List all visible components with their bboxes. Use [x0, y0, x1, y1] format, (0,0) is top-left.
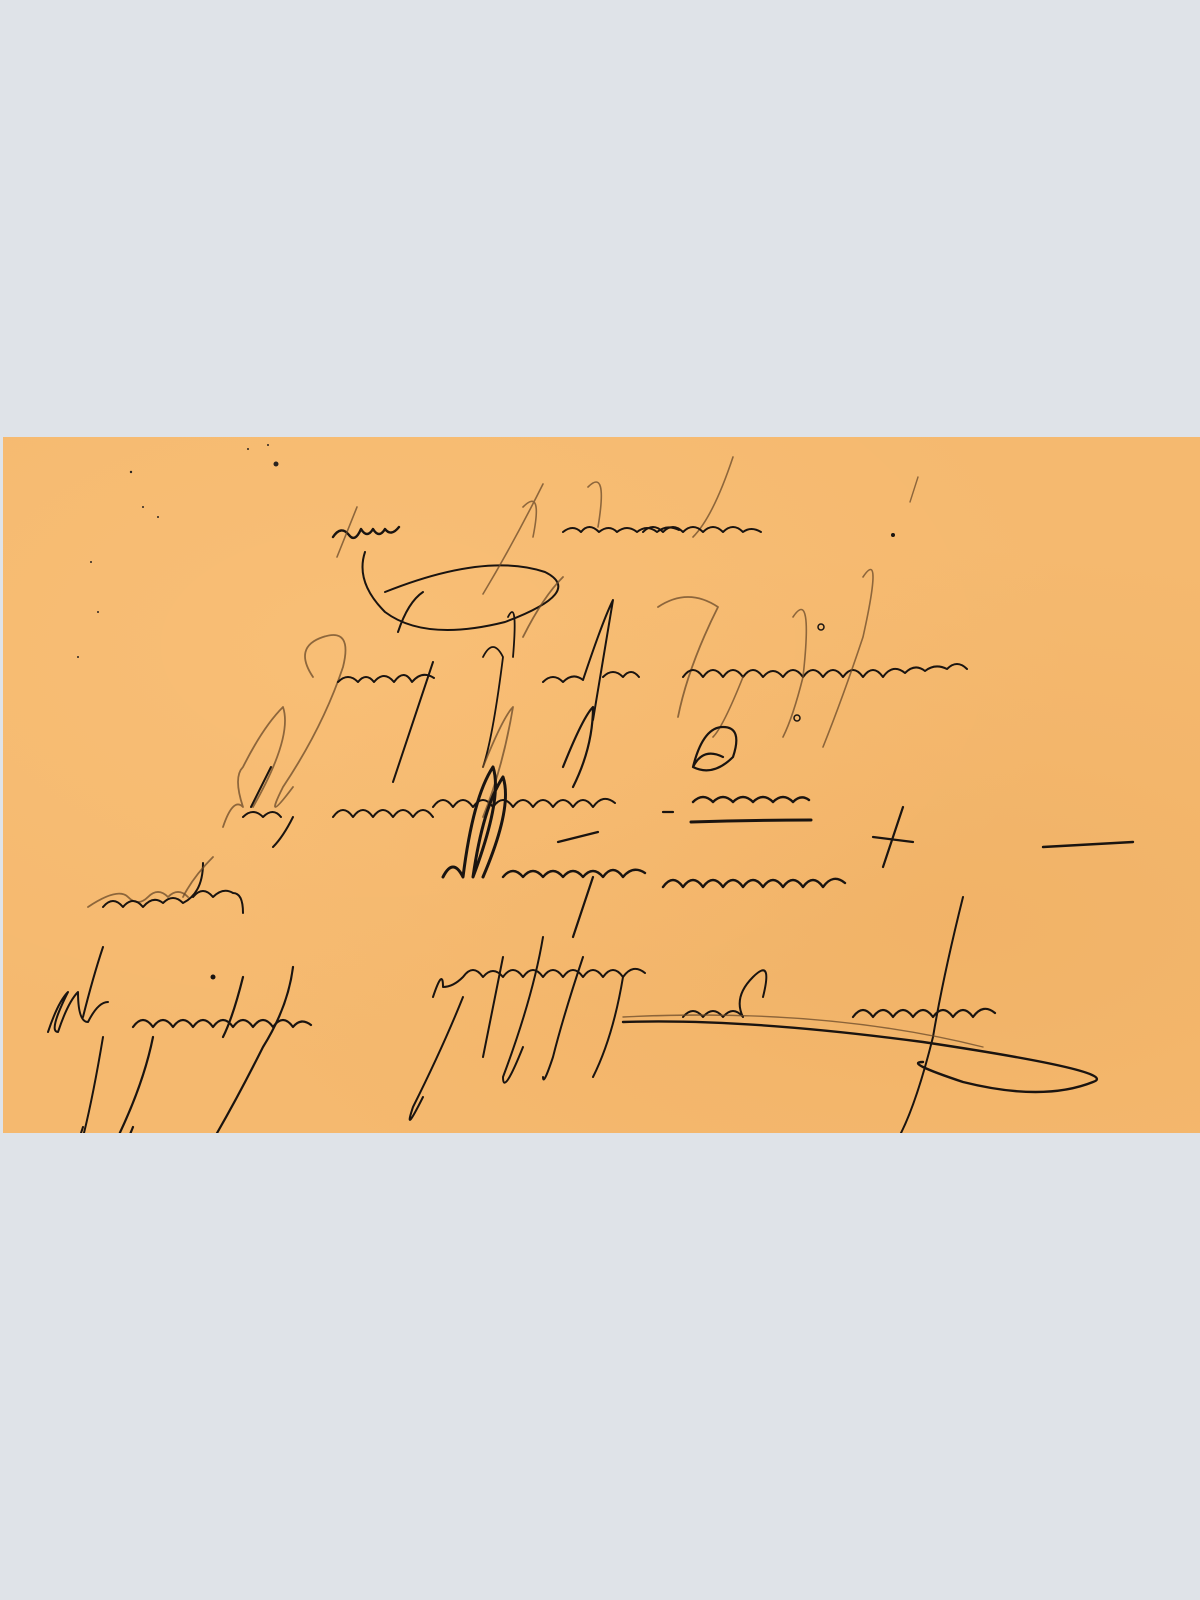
ink-speckles	[77, 444, 279, 658]
line-4	[88, 767, 1133, 937]
postcard: Euer Wohlgeboren! Gefällig für Nachtkirc…	[3, 437, 1200, 1133]
handwriting-strokes	[3, 437, 1200, 1133]
line-1	[333, 457, 918, 630]
line-5	[48, 897, 1097, 1133]
line-3	[223, 707, 811, 847]
